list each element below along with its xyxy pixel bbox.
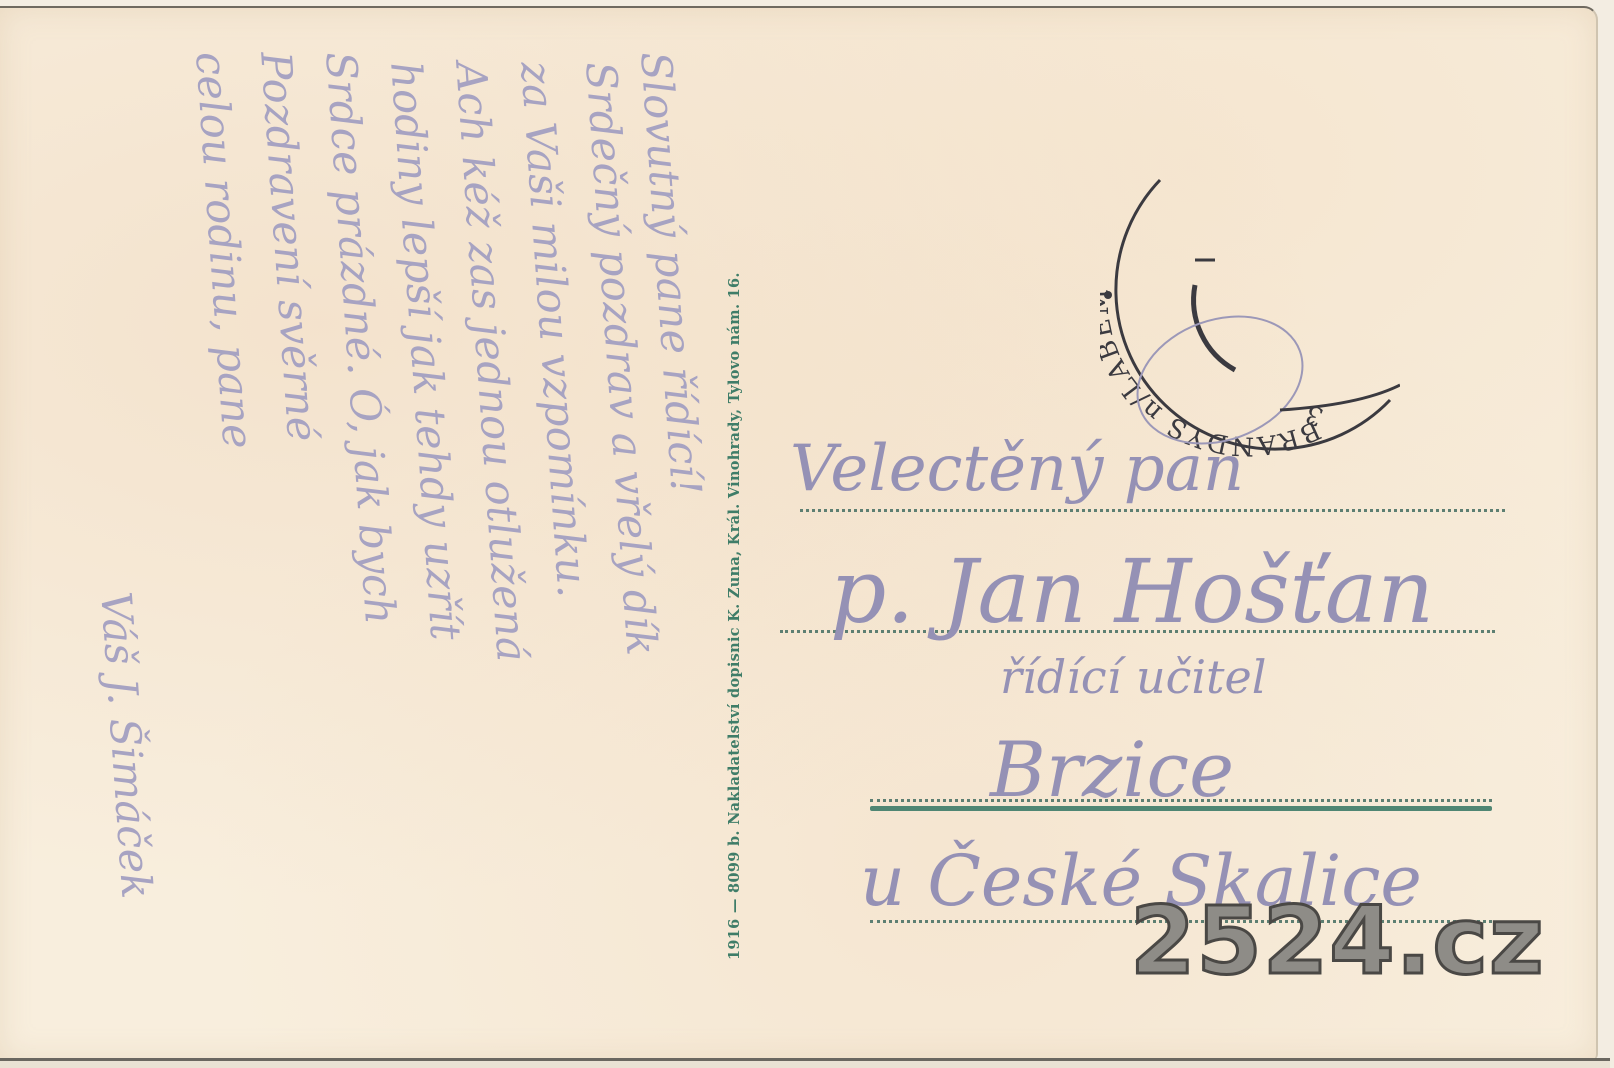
postmark: BRANDYS n/LABEM 3: [1100, 160, 1400, 460]
message-line: celou rodinu, pane: [186, 50, 263, 450]
handwritten-message: Slovutný pane řídící! Srdečný pozdrav a …: [40, 30, 680, 1020]
address-name: p. Jan Hošťan: [830, 540, 1434, 643]
address-line: [800, 509, 1505, 512]
signature: Váš J. Šimáček: [91, 590, 161, 900]
publisher-imprint: 1916 — 8099 b. Nakladatelství dopisnic K…: [726, 80, 743, 960]
address-salutation: Velectěný pan: [790, 432, 1244, 506]
address-town: Brzice: [990, 725, 1234, 814]
postmark-number: 3: [1302, 398, 1328, 432]
message-line: Pozdravení svěrné: [251, 50, 327, 443]
address-title: řídící učitel: [1000, 650, 1266, 704]
watermark: 2524.cz: [1130, 895, 1545, 989]
card-bottom-edge: [0, 1058, 1610, 1068]
